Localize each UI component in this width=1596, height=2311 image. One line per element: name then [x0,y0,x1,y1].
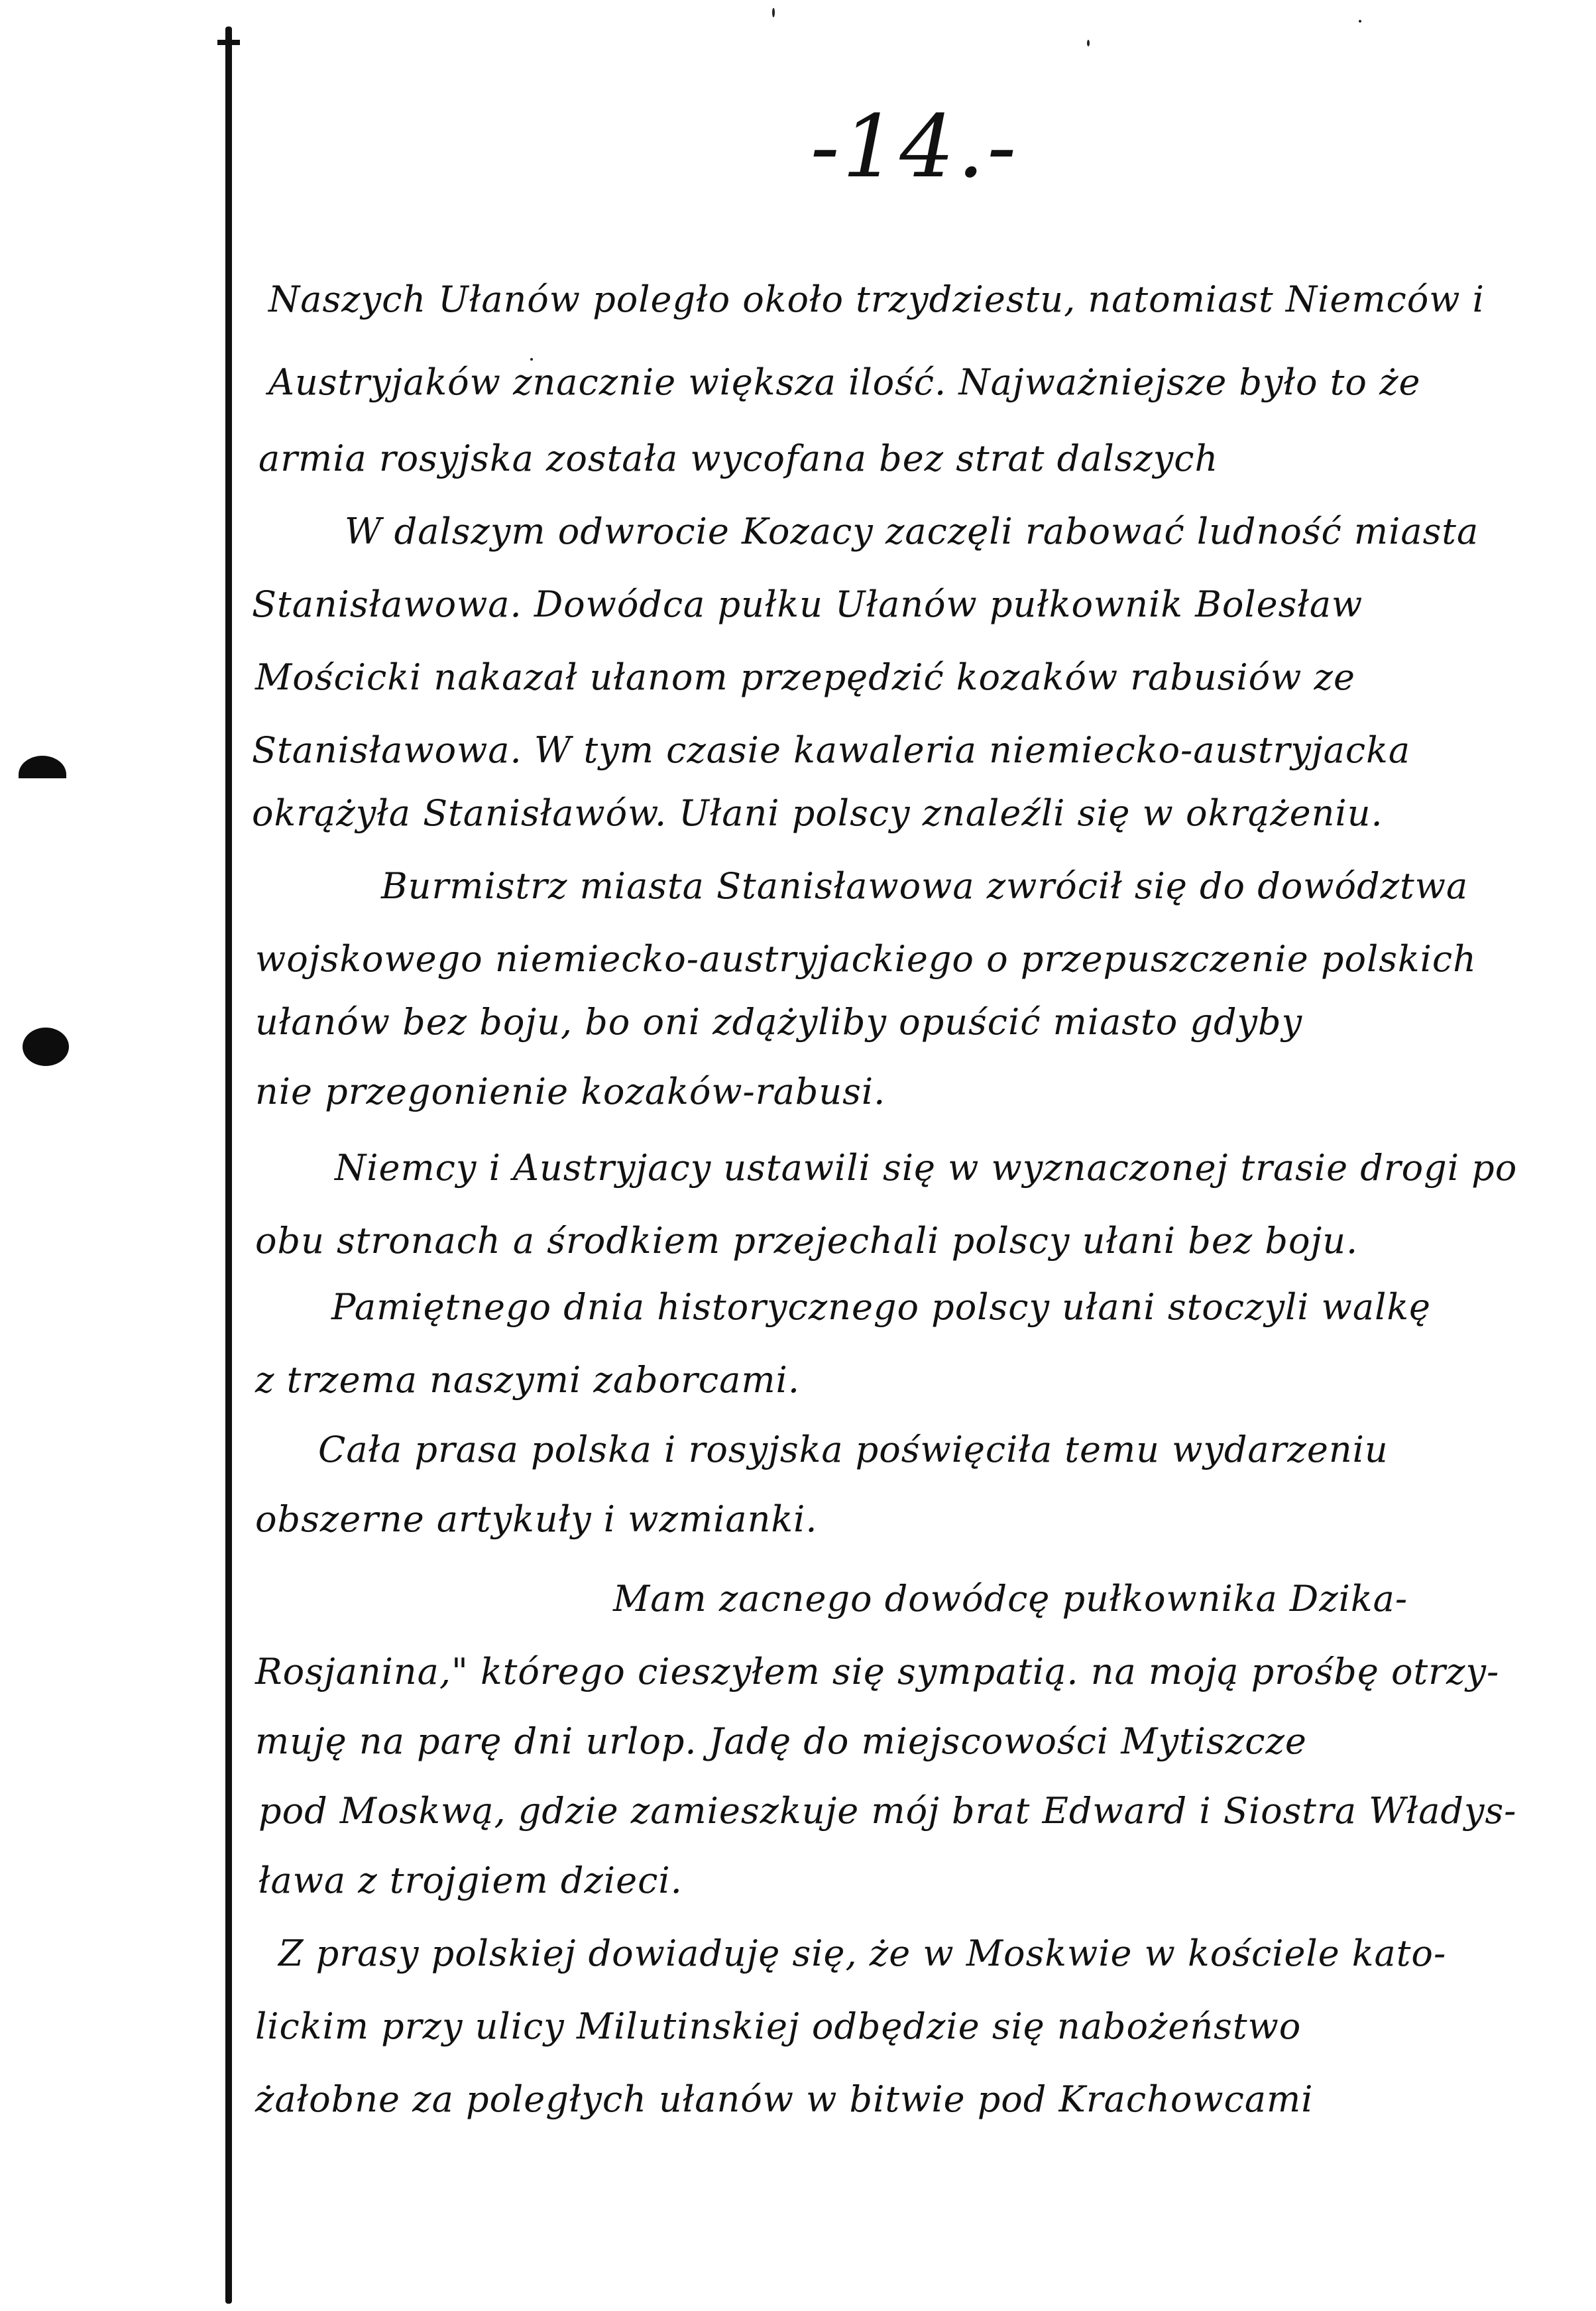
text-line: wojskowego niemiecko-austryjackiego o pr… [255,938,1477,980]
text-line: armia rosyjska została wycofana bez stra… [258,438,1218,479]
margin-line [225,27,232,2304]
text-line: Pamiętnego dnia historycznego polscy uła… [331,1286,1431,1328]
text-line: Cała prasa polska i rosyjska poświęciła … [318,1429,1389,1470]
text-line: Niemcy i Austryjacy ustawili się w wyzna… [335,1147,1517,1189]
text-line: Burmistrz miasta Stanisławowa zwrócił si… [381,865,1468,907]
handwritten-page: -14.- Naszych Ułanów poległo około trzyd… [0,0,1596,2311]
text-line: pod Moskwą, gdzie zamieszkuje mój brat E… [258,1790,1516,1832]
punch-hole [23,1028,69,1066]
scan-speck [530,358,533,361]
scan-speck [772,8,775,17]
text-line: obszerne artykuły i wzmianki. [255,1498,818,1540]
punch-hole [19,756,66,778]
text-line: obu stronach a środkiem przejechali pols… [255,1220,1358,1262]
text-line: Z prasy polskiej dowiaduję się, że w Mos… [278,1932,1446,1974]
text-line: Mościcki nakazał ułanom przepędzić kozak… [255,656,1355,698]
text-line: ułanów bez boju, bo oni zdążyliby opuści… [255,1001,1302,1043]
text-line: Stanisławowa. Dowódca pułku Ułanów pułko… [252,583,1363,625]
text-line: lickim przy ulicy Milutinskiej odbędzie … [255,2005,1301,2047]
text-line: z trzema naszymi zaborcami. [255,1359,800,1401]
text-line: muję na parę dni urlop. Jadę do miejscow… [255,1720,1307,1762]
text-line: Austryjaków znacznie większa ilość. Najw… [268,361,1421,403]
text-line: Rosjanina," którego cieszyłem się sympat… [255,1651,1499,1692]
text-line: ława z trojgiem dzieci. [258,1860,683,1901]
text-line: Stanisławowa. W tym czasie kawaleria nie… [252,729,1410,771]
text-line: żałobne za poległych ułanów w bitwie pod… [255,2078,1314,2120]
text-line: Mam zacnego dowódcę pułkownika Dzika- [613,1578,1408,1620]
text-line: nie przegonienie kozaków-rabusi. [255,1071,885,1112]
margin-line-tick [217,40,240,45]
text-line: Naszych Ułanów poległo około trzydziestu… [268,278,1485,320]
scan-speck [1087,40,1090,46]
text-line: okrążyła Stanisławów. Ułani polscy znale… [252,792,1383,834]
scan-speck [1359,20,1361,23]
text-line: W dalszym odwrocie Kozacy zaczęli rabowa… [345,510,1479,552]
page-number: -14.- [762,96,1067,197]
